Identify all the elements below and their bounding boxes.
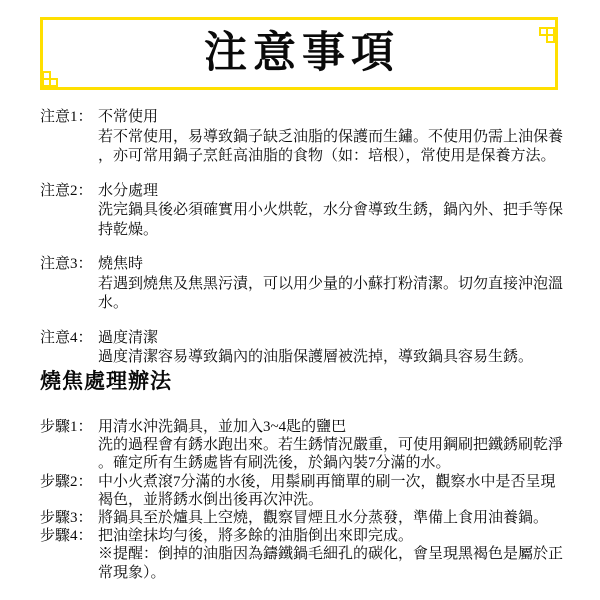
note-item: 注意4： 過度清潔 過度清潔容易導致鍋內的油脂保護層被洗掉，導致鍋具容易生銹。 <box>40 329 564 368</box>
step-label: 步驟3： <box>40 509 98 527</box>
note-body: 過度清潔 過度清潔容易導致鍋內的油脂保護層被洗掉，導致鍋具容易生銹。 <box>98 329 564 368</box>
note-label: 注意2： <box>40 182 98 241</box>
note-label: 注意3： <box>40 255 98 314</box>
step-body: 中小火煮滾7分滿的水後，用鬃刷再簡單的刷一次，觀察水中是否呈現 褐色，並將銹水倒… <box>98 473 564 509</box>
step-label: 步驟4： <box>40 527 98 582</box>
step-item: 步驟3： 將鍋具至於爐具上空燒，觀察冒煙且水分蒸發，準備上食用油養鍋。 <box>40 509 564 527</box>
note-text-line: 過度清潔容易導致鍋內的油脂保護層被洗掉，導致鍋具容易生銹。 <box>98 348 564 368</box>
page-title: 注意事項 <box>198 32 400 75</box>
note-body: 水分處理 洗完鍋具後必須確實用小火烘乾，水分會導致生銹，鍋內外、把手等保 持乾燥… <box>98 182 564 241</box>
note-text-line: 若遇到燒焦及焦黑污漬，可以用少量的小蘇打粉清潔。切勿直接沖泡溫 <box>98 275 564 295</box>
step-body: 將鍋具至於爐具上空燒，觀察冒煙且水分蒸發，準備上食用油養鍋。 <box>98 509 564 527</box>
step-label: 步驟1： <box>40 418 98 473</box>
note-text-line: 水。 <box>98 294 564 314</box>
note-title: 燒焦時 <box>98 255 564 275</box>
step-body: 用清水沖洗鍋具，並加入3~4匙的鹽巴 洗的過程會有銹水跑出來。若生銹情況嚴重，可… <box>98 418 564 473</box>
note-text-line: 洗完鍋具後必須確實用小火烘乾，水分會導致生銹，鍋內外、把手等保 <box>98 201 564 221</box>
step-text-line: 褐色，並將銹水倒出後再次沖洗。 <box>98 491 564 509</box>
step-item: 步驟1： 用清水沖洗鍋具，並加入3~4匙的鹽巴 洗的過程會有銹水跑出來。若生銹情… <box>40 418 564 473</box>
step-text-line: 洗的過程會有銹水跑出來。若生銹情況嚴重，可使用鋼刷把鐵銹刷乾淨 <box>98 436 564 454</box>
steps-section: 步驟1： 用清水沖洗鍋具，並加入3~4匙的鹽巴 洗的過程會有銹水跑出來。若生銹情… <box>40 418 564 582</box>
step-reminder-line: 常現象）。 <box>98 564 564 582</box>
step-text-line: 中小火煮滾7分滿的水後，用鬃刷再簡單的刷一次，觀察水中是否呈現 <box>98 473 564 491</box>
note-item: 注意2： 水分處理 洗完鍋具後必須確實用小火烘乾，水分會導致生銹，鍋內外、把手等… <box>40 182 564 241</box>
notes-section: 注意1： 不常使用 若不常使用，易導致鍋子缺乏油脂的保護而生鏽。不使用仍需上油保… <box>40 108 564 383</box>
step-text-line: 將鍋具至於爐具上空燒，觀察冒煙且水分蒸發，準備上食用油養鍋。 <box>98 509 564 527</box>
note-body: 燒焦時 若遇到燒焦及焦黑污漬，可以用少量的小蘇打粉清潔。切勿直接沖泡溫 水。 <box>98 255 564 314</box>
note-item: 注意1： 不常使用 若不常使用，易導致鍋子缺乏油脂的保護而生鏽。不使用仍需上油保… <box>40 108 564 167</box>
step-reminder-line: ※提醒：倒掉的油脂因為鑄鐵鍋毛細孔的碳化，會呈現黑褐色是屬於正 <box>98 545 564 563</box>
note-title: 水分處理 <box>98 182 564 202</box>
step-body: 把油塗抹均勻後，將多餘的油脂倒出來即完成。 ※提醒：倒掉的油脂因為鑄鐵鍋毛細孔的… <box>98 527 564 582</box>
note-item: 注意3： 燒焦時 若遇到燒焦及焦黑污漬，可以用少量的小蘇打粉清潔。切勿直接沖泡溫… <box>40 255 564 314</box>
section-heading: 燒焦處理辦法 <box>40 368 172 394</box>
note-title: 不常使用 <box>98 108 564 128</box>
note-text-line: 若不常使用，易導致鍋子缺乏油脂的保護而生鏽。不使用仍需上油保養 <box>98 128 564 148</box>
step-text-line: 用清水沖洗鍋具，並加入3~4匙的鹽巴 <box>98 418 564 436</box>
step-text-line: 。確定所有生銹處皆有刷洗後，於鍋內裝7分滿的水。 <box>98 454 564 472</box>
corner-squares-icon <box>42 71 59 88</box>
note-title: 過度清潔 <box>98 329 564 349</box>
step-item: 步驟2： 中小火煮滾7分滿的水後，用鬃刷再簡單的刷一次，觀察水中是否呈現 褐色，… <box>40 473 564 509</box>
corner-squares-icon <box>539 27 556 44</box>
title-box: 注意事項 <box>40 17 558 90</box>
note-body: 不常使用 若不常使用，易導致鍋子缺乏油脂的保護而生鏽。不使用仍需上油保養 ，亦可… <box>98 108 564 167</box>
step-label: 步驟2： <box>40 473 98 509</box>
note-text-line: 持乾燥。 <box>98 221 564 241</box>
step-item: 步驟4： 把油塗抹均勻後，將多餘的油脂倒出來即完成。 ※提醒：倒掉的油脂因為鑄鐵… <box>40 527 564 582</box>
note-text-line: ，亦可常用鍋子烹飪高油脂的食物（如：培根），常使用是保養方法。 <box>98 147 564 167</box>
note-label: 注意1： <box>40 108 98 167</box>
step-text-line: 把油塗抹均勻後，將多餘的油脂倒出來即完成。 <box>98 527 564 545</box>
note-label: 注意4： <box>40 329 98 368</box>
